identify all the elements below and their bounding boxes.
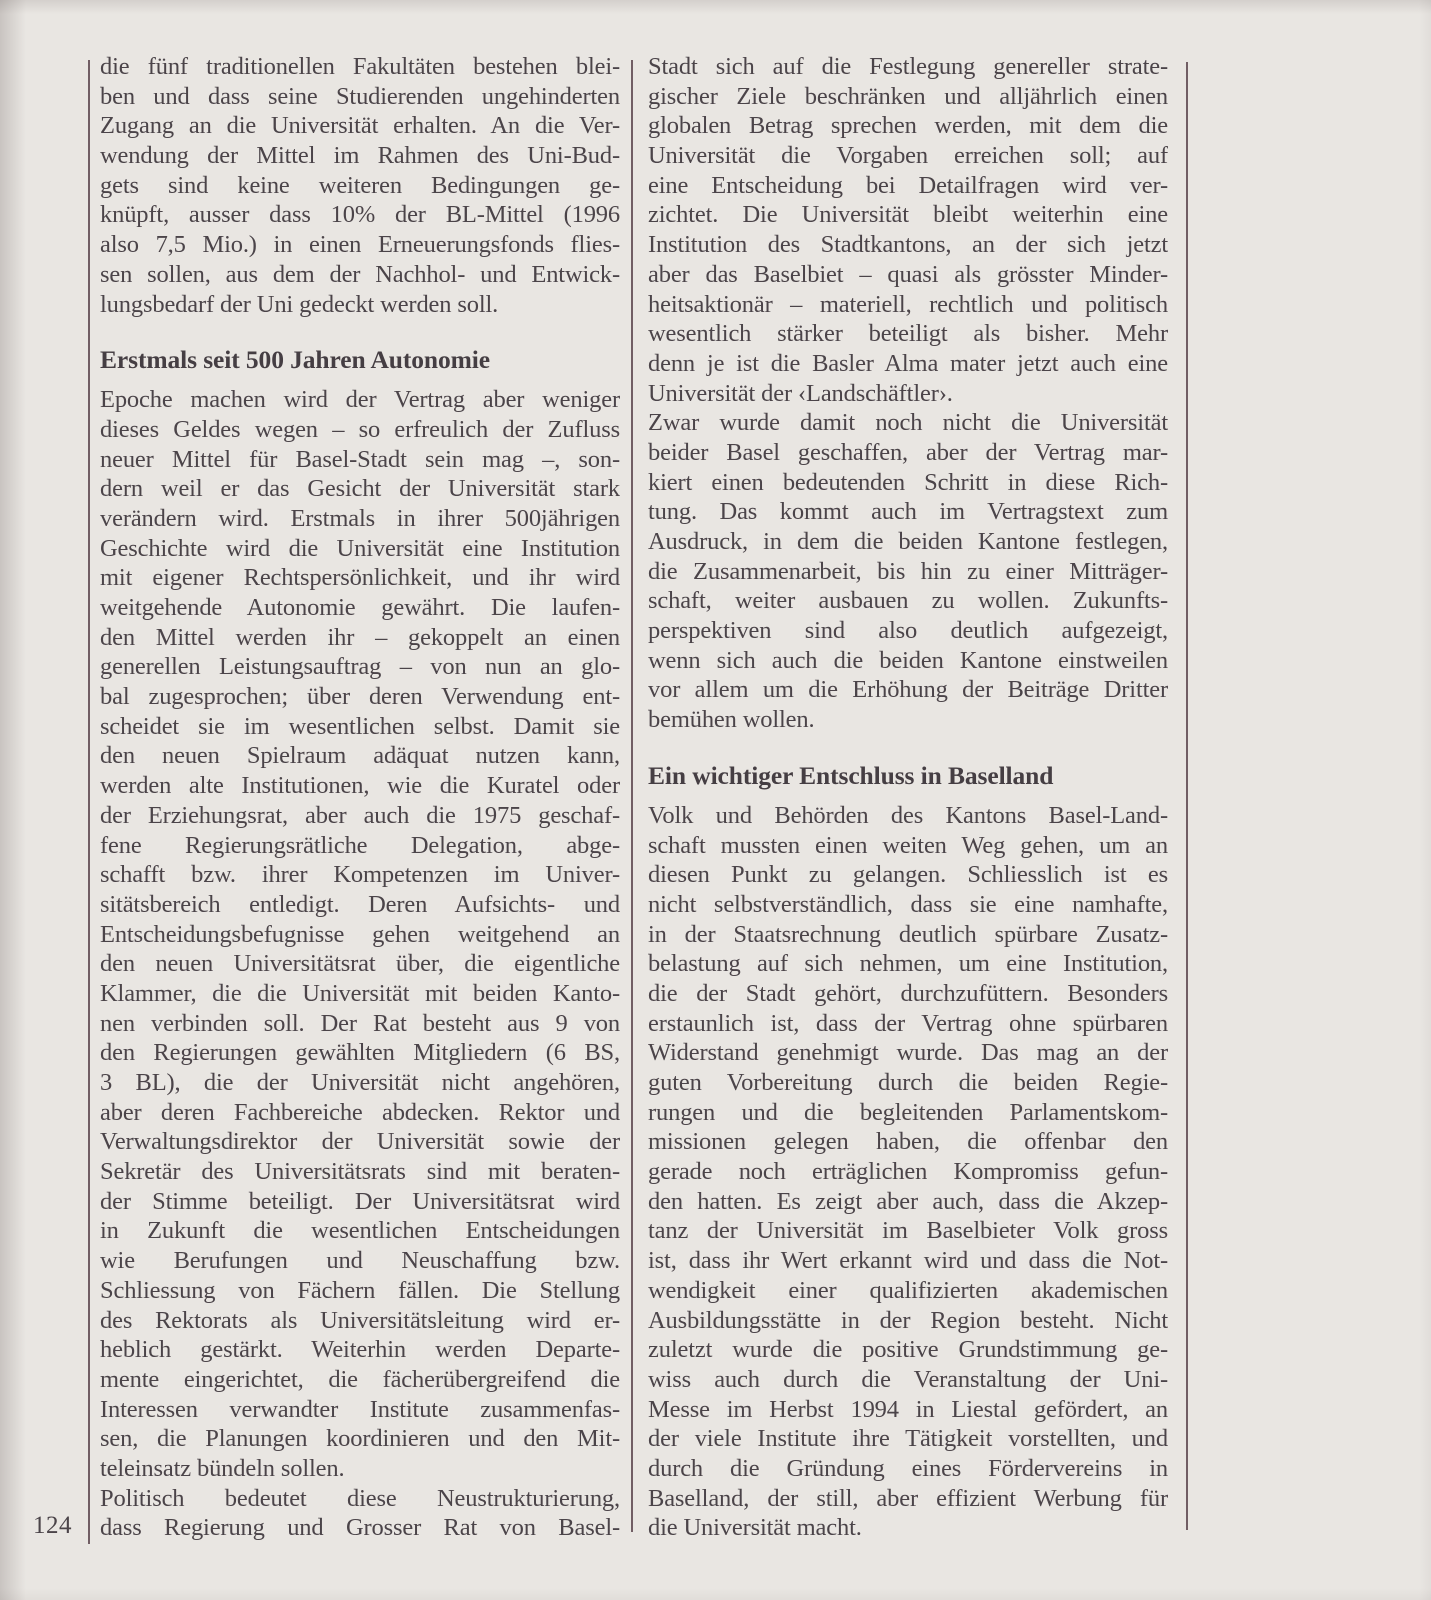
text-line: rungen und die begleitenden Parlamentsko… [648, 1098, 1168, 1128]
text-line: Klammer, die die Universität mit beiden … [100, 979, 620, 1009]
text-line: die fünf traditionellen Fakultäten beste… [100, 52, 620, 82]
text-line: teleinsatz bündeln sollen. [100, 1454, 620, 1484]
text-line: wie Berufungen und Neuschaffung bzw. [100, 1246, 620, 1276]
paragraph: Epoche machen wird der Vertrag aber weni… [100, 385, 620, 1483]
text-line: Baselland, der still, aber effizient Wer… [648, 1484, 1168, 1514]
text-line: Epoche machen wird der Vertrag aber weni… [100, 385, 620, 415]
text-line: Politisch bedeutet diese Neustrukturieru… [100, 1484, 620, 1514]
column-divider-rule [631, 60, 633, 1532]
text-line: schaft mussten einen weiten Weg gehen, u… [648, 831, 1168, 861]
text-line: sen, die Planungen koordinieren und den … [100, 1424, 620, 1454]
text-line: Universität der ‹Landschäftler›. [648, 379, 1168, 409]
text-line: neuer Mittel für Basel-Stadt sein mag –,… [100, 445, 620, 475]
section-heading: Ein wichtiger Entschluss in Baselland [648, 761, 1168, 791]
text-line: wendung der Mittel im Rahmen des Uni-Bud… [100, 141, 620, 171]
text-line: perspektiven sind also deutlich aufgezei… [648, 616, 1168, 646]
text-line: Ausdruck, in dem die beiden Kantone fest… [648, 527, 1168, 557]
text-line: tanz der Universität im Baselbieter Volk… [648, 1216, 1168, 1246]
text-line: vor allem um die Erhöhung der Beiträge D… [648, 675, 1168, 705]
right-margin-rule [1186, 62, 1188, 1530]
text-line: wesentlich stärker beteiligt als bisher.… [648, 319, 1168, 349]
paragraph: Politisch bedeutet diese Neustrukturieru… [100, 1484, 620, 1543]
text-line: belastung auf sich nehmen, um eine Insti… [648, 949, 1168, 979]
text-line: sitätsbereich entledigt. Deren Aufsichts… [100, 890, 620, 920]
text-line: wenn sich auch die beiden Kantone einstw… [648, 646, 1168, 676]
text-line: mit eigener Rechtspersönlichkeit, und ih… [100, 563, 620, 593]
text-line: aber das Baselbiet – quasi als grösster … [648, 260, 1168, 290]
text-line: dern weil er das Gesicht der Universität… [100, 474, 620, 504]
text-line: scheidet sie im wesentlichen selbst. Dam… [100, 712, 620, 742]
text-line: 3 BL), die der Universität nicht angehör… [100, 1068, 620, 1098]
text-line: in der Staatsrechnung deutlich spürbare … [648, 920, 1168, 950]
paragraph: Volk und Behörden des Kantons Basel-Land… [648, 801, 1168, 1543]
text-line: die Zusammenarbeit, bis hin zu einer Mit… [648, 557, 1168, 587]
right-text-column: Stadt sich auf die Festlegung genereller… [648, 52, 1168, 1543]
left-margin-rule [88, 60, 90, 1544]
text-line: gischer Ziele beschränken und alljährlic… [648, 82, 1168, 112]
text-line: nicht selbstverständlich, dass sie eine … [648, 890, 1168, 920]
text-line: in Zukunft die wesentlichen Entscheidung… [100, 1216, 620, 1246]
text-line: wendigkeit einer qualifizierten akademis… [648, 1276, 1168, 1306]
text-line: mente eingerichtet, die fächerübergreife… [100, 1365, 620, 1395]
text-line: schaft, weiter ausbauen zu wollen. Zukun… [648, 586, 1168, 616]
text-line: der Erziehungsrat, aber auch die 1975 ge… [100, 801, 620, 831]
text-line: den hatten. Es zeigt aber auch, dass die… [648, 1187, 1168, 1217]
text-line: Geschichte wird die Universität eine Ins… [100, 534, 620, 564]
text-line: den Regierungen gewählten Mitgliedern (6… [100, 1038, 620, 1068]
text-line: Stadt sich auf die Festlegung genereller… [648, 52, 1168, 82]
scanned-book-page: 124 die fünf traditionellen Fakultäten b… [0, 0, 1431, 1600]
text-line: also 7,5 Mio.) in einen Erneuerungsfonds… [100, 230, 620, 260]
text-line: Verwaltungsdirektor der Universität sowi… [100, 1127, 620, 1157]
text-line: kiert einen bedeutenden Schritt in diese… [648, 468, 1168, 498]
text-line: schafft bzw. ihrer Kompetenzen im Univer… [100, 860, 620, 890]
text-line: Ausbildungsstätte in der Region besteht.… [648, 1306, 1168, 1336]
text-line: Zugang an die Universität erhalten. An d… [100, 111, 620, 141]
text-line: Messe im Herbst 1994 in Liestal geförder… [648, 1395, 1168, 1425]
text-line: Volk und Behörden des Kantons Basel-Land… [648, 801, 1168, 831]
text-line: diesen Punkt zu gelangen. Schliesslich i… [648, 860, 1168, 890]
text-line: Sekretär des Universitätsrats sind mit b… [100, 1157, 620, 1187]
text-line: die der Stadt gehört, durchzufüttern. Be… [648, 979, 1168, 1009]
text-line: wiss auch durch die Veranstaltung der Un… [648, 1365, 1168, 1395]
text-line: verändern wird. Erstmals in ihrer 500jäh… [100, 504, 620, 534]
section-heading: Erstmals seit 500 Jahren Autonomie [100, 345, 620, 375]
text-line: aber deren Fachbereiche abdecken. Rektor… [100, 1098, 620, 1128]
text-line: nen verbinden soll. Der Rat besteht aus … [100, 1009, 620, 1039]
text-line: bemühen wollen. [648, 705, 1168, 735]
text-line: beider Basel geschaffen, aber der Vertra… [648, 438, 1168, 468]
text-line: dieses Geldes wegen – so erfreulich der … [100, 415, 620, 445]
paragraph: Zwar wurde damit noch nicht die Universi… [648, 408, 1168, 735]
text-line: den neuen Universitätsrat über, die eige… [100, 949, 620, 979]
text-line: gerade noch erträglichen Kompromiss gefu… [648, 1157, 1168, 1187]
text-line: Institution des Stadtkantons, an der sic… [648, 230, 1168, 260]
text-line: Widerstand genehmigt wurde. Das mag an d… [648, 1038, 1168, 1068]
text-line: Schliessung von Fächern fällen. Die Stel… [100, 1276, 620, 1306]
text-line: fene Regierungsrätliche Delegation, abge… [100, 831, 620, 861]
text-line: Universität die Vorgaben erreichen soll;… [648, 141, 1168, 171]
text-line: gets sind keine weiteren Bedingungen ge- [100, 171, 620, 201]
text-line: knüpft, ausser dass 10% der BL-Mittel (1… [100, 200, 620, 230]
text-line: ben und dass seine Studierenden ungehind… [100, 82, 620, 112]
text-line: die Universität macht. [648, 1513, 1168, 1543]
text-line: globalen Betrag sprechen werden, mit dem… [648, 111, 1168, 141]
text-line: des Rektorats als Universitätsleitung wi… [100, 1306, 620, 1336]
paragraph: die fünf traditionellen Fakultäten beste… [100, 52, 620, 319]
text-line: weitgehende Autonomie gewährt. Die laufe… [100, 593, 620, 623]
text-line: tung. Das kommt auch im Vertragstext zum [648, 497, 1168, 527]
text-line: generellen Leistungsauftrag – von nun an… [100, 652, 620, 682]
text-line: eine Entscheidung bei Detailfragen wird … [648, 171, 1168, 201]
text-line: zichtet. Die Universität bleibt weiterhi… [648, 200, 1168, 230]
text-line: erstaunlich ist, dass der Vertrag ohne s… [648, 1009, 1168, 1039]
text-line: denn je ist die Basler Alma mater jetzt … [648, 349, 1168, 379]
text-line: lungsbedarf der Uni gedeckt werden soll. [100, 290, 620, 320]
text-line: werden alte Institutionen, wie die Kurat… [100, 771, 620, 801]
text-line: Zwar wurde damit noch nicht die Universi… [648, 408, 1168, 438]
left-text-column: die fünf traditionellen Fakultäten beste… [100, 52, 620, 1543]
page-number: 124 [33, 1512, 72, 1540]
text-line: zuletzt wurde die positive Grundstimmung… [648, 1335, 1168, 1365]
text-line: den neuen Spielraum adäquat nutzen kann, [100, 741, 620, 771]
text-line: dass Regierung und Grosser Rat von Basel… [100, 1513, 620, 1543]
text-line: durch die Gründung eines Fördervereins i… [648, 1454, 1168, 1484]
text-line: ist, dass ihr Wert erkannt wird und dass… [648, 1246, 1168, 1276]
text-line: den Mittel werden ihr – gekoppelt an ein… [100, 623, 620, 653]
text-line: Interessen verwandter Institute zusammen… [100, 1395, 620, 1425]
paragraph: Stadt sich auf die Festlegung genereller… [648, 52, 1168, 408]
text-line: heitsaktionär – materiell, rechtlich und… [648, 290, 1168, 320]
text-line: bal zugesprochen; über deren Verwendung … [100, 682, 620, 712]
text-line: missionen gelegen haben, die offenbar de… [648, 1127, 1168, 1157]
text-line: heblich gestärkt. Weiterhin werden Depar… [100, 1335, 620, 1365]
text-line: der viele Institute ihre Tätigkeit vorst… [648, 1424, 1168, 1454]
text-line: Entscheidungsbefugnisse gehen weitgehend… [100, 920, 620, 950]
text-line: der Stimme beteiligt. Der Universitätsra… [100, 1187, 620, 1217]
text-line: sen sollen, aus dem der Nachhol- und Ent… [100, 260, 620, 290]
text-line: guten Vorbereitung durch die beiden Regi… [648, 1068, 1168, 1098]
